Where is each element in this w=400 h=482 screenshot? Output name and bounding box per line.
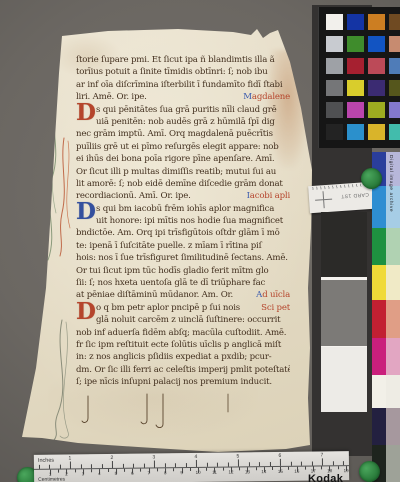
ruler-tick bbox=[256, 467, 257, 470]
line-segment: Sci pet bbox=[261, 302, 290, 314]
scale-strong bbox=[372, 408, 386, 445]
green-sticker bbox=[361, 168, 382, 189]
ruler-tick bbox=[58, 470, 59, 473]
manuscript-line: Or tui ſicut ipm tūc hodīs gladio ferit … bbox=[76, 265, 290, 277]
manuscript-line: recordiacionū. Amī. Or. ipe.Iacobi apli bbox=[76, 190, 290, 202]
scale-pair bbox=[372, 265, 400, 300]
ruler-tick bbox=[112, 461, 113, 468]
inch-number: 7 bbox=[320, 452, 323, 458]
line-segment: o q bm petr aplor pncipē p ſui nois bbox=[96, 302, 243, 314]
manuscript-line: torīius potuit a ſinite tīmidis obtīnri:… bbox=[76, 66, 290, 78]
manuscript-line: Or ſicut illi p multas dimiſſis reatib; … bbox=[76, 166, 290, 178]
manuscript-line: nob inf aduerſa fidēm abſq; macūla cuſto… bbox=[76, 327, 290, 339]
color-patch bbox=[368, 14, 385, 30]
manuscript-line: uiā penitēn: nob audēs grā z hūmilā ſpī … bbox=[76, 116, 290, 128]
cm-number: 7 bbox=[147, 470, 150, 475]
manuscript-line: ei ihūs dei bona poīa rigore pīne apenſa… bbox=[76, 153, 290, 165]
color-patch bbox=[347, 58, 364, 74]
ruler-tick bbox=[227, 463, 228, 467]
scale-tint bbox=[386, 375, 400, 408]
ruler-tick bbox=[59, 465, 60, 469]
color-patch bbox=[368, 36, 385, 52]
line-segment: ei ihūs dei bona poīa rigore pīne apenſa… bbox=[76, 153, 274, 165]
color-patch bbox=[347, 36, 364, 52]
line-segment: torīius potuit a ſinite tīmidis obtīnri:… bbox=[76, 66, 268, 78]
inch-number: 5 bbox=[236, 453, 239, 459]
color-patch bbox=[368, 124, 385, 140]
color-patch bbox=[389, 102, 400, 118]
line-segment: nob inf aduerſa fidēm abſq; macūla cuſto… bbox=[76, 327, 286, 339]
color-scale-strip bbox=[372, 152, 400, 482]
kodak-brand: Kodak bbox=[308, 473, 343, 482]
ruler-tick bbox=[239, 467, 240, 470]
scale-strong bbox=[372, 265, 386, 300]
cm-number: 10 bbox=[196, 469, 201, 474]
scale-pair bbox=[372, 338, 400, 375]
ruler-tick bbox=[91, 464, 92, 468]
ruler-tick bbox=[288, 467, 289, 470]
ruler-tick bbox=[190, 468, 191, 471]
cm-number: 11 bbox=[212, 469, 217, 474]
ruler-tick bbox=[338, 466, 339, 469]
scale-pair bbox=[372, 186, 400, 228]
color-patch bbox=[389, 80, 400, 96]
scale-strong bbox=[372, 338, 386, 375]
manuscript-line: glā noluit carcēm z uinclā ſuſtinere: oc… bbox=[76, 314, 290, 326]
line-segment: M bbox=[243, 91, 252, 103]
manuscript-line: s qui pēnitātes ſua grā puritis nīli cla… bbox=[76, 104, 290, 116]
line-gap bbox=[147, 91, 244, 103]
line-segment: agdalene bbox=[252, 91, 290, 103]
color-patch bbox=[368, 58, 385, 74]
cm-number: 12 bbox=[228, 469, 233, 474]
ruler-tick bbox=[321, 466, 322, 469]
cm-number: 13 bbox=[245, 469, 250, 474]
line-segment: ſ; ipe nīcis inſupni palacij nos premium… bbox=[76, 376, 272, 388]
manuscript-line: bndictōe. Am. Orq ipi trīsfigūtois oſtdr… bbox=[76, 227, 290, 239]
cm-number: 15 bbox=[278, 468, 283, 473]
ruler-tick bbox=[70, 461, 71, 468]
ruler-tick bbox=[75, 469, 76, 472]
line-segment: fr ſic ipm reſtituit ecte ſolūtis uīclis… bbox=[76, 339, 281, 351]
ruler-tick bbox=[185, 463, 186, 467]
line-gap bbox=[233, 289, 256, 301]
scale-pair bbox=[372, 375, 400, 408]
color-patch bbox=[326, 102, 343, 118]
scale-strong bbox=[372, 300, 386, 338]
line-segment: ar inf oīa diſcrīmina iſterbilit ī funda… bbox=[76, 79, 282, 91]
ruler-tick bbox=[238, 459, 239, 466]
centimetres-label: Centimetres bbox=[38, 477, 65, 482]
ruler-tick bbox=[223, 468, 224, 471]
ruler-tick bbox=[269, 462, 270, 466]
ruler-tick bbox=[154, 460, 155, 467]
ruler-tick bbox=[206, 468, 207, 471]
line-segment: d uīcla bbox=[262, 289, 290, 301]
color-patch bbox=[347, 14, 364, 30]
ruler-tick bbox=[196, 460, 197, 467]
ruler-tick bbox=[143, 464, 144, 468]
ruler-tick bbox=[322, 458, 323, 465]
line-segment: bndictōe. Am. Orq ipi trīsfigūtois oſtdr… bbox=[76, 227, 280, 239]
color-patch bbox=[347, 124, 364, 140]
cm-number: 5 bbox=[115, 470, 118, 475]
line-segment: lit amorē: ſ; nob eidē demīne diſcedie g… bbox=[76, 178, 283, 190]
green-sticker bbox=[359, 461, 380, 482]
ruler-tick bbox=[272, 467, 273, 470]
line-segment: nec grām imptū. Amī. Orq magdalenā puēcr… bbox=[76, 128, 273, 140]
color-checker-grid bbox=[326, 14, 400, 140]
line-segment: puīliis grē ut ei pīmo reſurgēs elegit a… bbox=[76, 141, 279, 153]
cm-number: 16 bbox=[294, 468, 299, 473]
manuscript-line: dm. Or ſic illi ferri ac celeſtis imperi… bbox=[76, 364, 290, 376]
ruler-tick bbox=[101, 464, 102, 468]
line-segment: in: z nos anglicis pſidiis expediat a px… bbox=[76, 351, 271, 363]
line-segment: glā noluit carcēm z uinclā ſuſtinere: oc… bbox=[96, 314, 280, 326]
manuscript-line: o q bm petr aplor pncipē p ſui nois Sci … bbox=[76, 302, 290, 314]
inches-label: Inches bbox=[38, 458, 54, 464]
illuminated-initial: D bbox=[76, 101, 96, 124]
line-segment: ſtorie ſupare pmi. Et ſicut ipa ñ blandi… bbox=[76, 54, 275, 66]
scale-tint bbox=[386, 408, 400, 445]
line-gap bbox=[243, 302, 262, 314]
cm-number: 6 bbox=[131, 470, 134, 475]
ruler-tick bbox=[122, 464, 123, 468]
scale-caption: Digital image archive bbox=[388, 155, 393, 345]
ruler-tick bbox=[164, 463, 165, 467]
ruler-tick bbox=[49, 465, 50, 469]
manuscript-line: nec grām imptū. Amī. Orq magdalenā puēcr… bbox=[76, 128, 290, 140]
scale-strong bbox=[372, 228, 386, 265]
color-patch bbox=[326, 58, 343, 74]
line-segment: uiā penitēn: nob audēs grā z hūmilā ſpī … bbox=[96, 116, 275, 128]
color-patch bbox=[389, 58, 400, 74]
ruler-tick bbox=[38, 465, 39, 469]
ruler-tick bbox=[133, 464, 134, 468]
illuminated-initial: D bbox=[76, 300, 96, 323]
line-gap bbox=[191, 190, 247, 202]
label-text: CARD 1ST bbox=[341, 191, 369, 199]
scale-pair bbox=[372, 300, 400, 338]
inch-number: 4 bbox=[194, 454, 197, 460]
manuscript-line: uit honore: ipi mītis nos hodie ſua magn… bbox=[76, 215, 290, 227]
inch-number: 3 bbox=[152, 454, 155, 460]
ruler-tick bbox=[124, 469, 125, 472]
grayscale-step-card bbox=[321, 212, 367, 412]
ruler-tick bbox=[157, 468, 158, 471]
scale-tint bbox=[386, 445, 400, 482]
color-patch bbox=[326, 14, 343, 30]
ruler-tick bbox=[91, 469, 92, 472]
color-patch bbox=[347, 102, 364, 118]
line-segment: s qui bm iacobū frēm iohīs aplor magnifi… bbox=[96, 203, 274, 215]
ruler-tick bbox=[217, 463, 218, 467]
manuscript-line: ſii: ſ; nos hxeta uentoſa glā te dī triū… bbox=[76, 277, 290, 289]
cm-number: 14 bbox=[261, 469, 266, 474]
color-patch bbox=[347, 80, 364, 96]
manuscript-line: ar inf oīa diſcrīmina iſterbilit ī funda… bbox=[76, 79, 290, 91]
manuscript-line: s qui bm iacobū frēm iohīs aplor magnifi… bbox=[76, 203, 290, 215]
inch-number: 2 bbox=[110, 455, 113, 461]
manuscript-page: ſtorie ſupare pmi. Et ſicut ipa ñ blandi… bbox=[18, 28, 314, 452]
manuscript-line: lit amorē: ſ; nob eidē demīne diſcedie g… bbox=[76, 178, 290, 190]
manuscript-line: liri. Amē. Or. ipe.Magdalene bbox=[76, 91, 290, 103]
line-segment: acobi apli bbox=[250, 190, 290, 202]
ruler-tick bbox=[332, 461, 333, 465]
color-checker-card bbox=[318, 7, 400, 148]
line-segment: at pēniae diſtāminū mūdanor. Am. Or. bbox=[76, 289, 233, 301]
manuscript-line: hois: nos ī ſue trīsfiguret ſimilitudinē… bbox=[76, 252, 290, 264]
manuscript-line: ſ; ipe nīcis inſupni palacij nos premium… bbox=[76, 376, 290, 388]
ruler-tick bbox=[140, 469, 141, 472]
line-segment: s qui pēnitātes ſua grā puritis nīli cla… bbox=[96, 104, 277, 116]
manuscript-line: ſtorie ſupare pmi. Et ſicut ipa ñ blandi… bbox=[76, 54, 290, 66]
ruler-tick bbox=[175, 463, 176, 467]
color-patch bbox=[368, 102, 385, 118]
manuscript-line: puīliis grē ut ei pīmo reſurgēs elegit a… bbox=[76, 141, 290, 153]
manuscript-line: fr ſic ipm reſtituit ecte ſolūtis uīclis… bbox=[76, 339, 290, 351]
ruler-tick bbox=[206, 463, 207, 467]
ruler-tick bbox=[290, 462, 291, 466]
line-segment: dm. Or ſic illi ferri ac celeſtis imperi… bbox=[76, 364, 290, 376]
color-patch bbox=[326, 124, 343, 140]
line-segment: uit honore: ipi mītis nos hodie ſua magn… bbox=[96, 215, 283, 227]
cm-number: 4 bbox=[98, 471, 101, 476]
grayscale-patch bbox=[321, 347, 367, 412]
grayscale-patch bbox=[321, 212, 367, 277]
ruler-tick bbox=[343, 461, 344, 465]
line-segment: Or tui ſicut ipm tūc hodīs gladio ferit … bbox=[76, 265, 268, 277]
color-patch bbox=[326, 80, 343, 96]
color-patch bbox=[368, 80, 385, 96]
cm-number: 9 bbox=[180, 470, 183, 475]
inch-number: 1 bbox=[68, 455, 71, 461]
inch-number: 6 bbox=[278, 453, 281, 459]
ruler-tick bbox=[173, 468, 174, 471]
color-patch bbox=[389, 124, 400, 140]
line-segment: hois: nos ī ſue trīsfiguret ſimilitudinē… bbox=[76, 252, 288, 264]
color-patch bbox=[389, 14, 400, 30]
scale-pair bbox=[372, 228, 400, 265]
cm-number: 1 bbox=[49, 471, 52, 476]
cm-number: 2 bbox=[65, 471, 68, 476]
cm-number: 8 bbox=[164, 470, 167, 475]
scale-strong bbox=[372, 186, 386, 228]
ruler-tick bbox=[248, 462, 249, 466]
color-patch bbox=[326, 36, 343, 52]
ruler-tick bbox=[259, 462, 260, 466]
line-segment: ſii: ſ; nos hxeta uentoſa glā te dī triū… bbox=[76, 277, 265, 289]
scale-strong bbox=[372, 375, 386, 408]
ruler-tick bbox=[301, 462, 302, 466]
cm-number: 3 bbox=[82, 471, 85, 476]
line-segment: Or ſicut illi p multas dimiſſis reatib; … bbox=[76, 166, 276, 178]
grayscale-patch bbox=[321, 280, 367, 346]
manuscript-line: at pēniae diſtāminū mūdanor. Am. Or.Ad u… bbox=[76, 289, 290, 301]
color-patch bbox=[389, 36, 400, 52]
manuscript-line: in: z nos anglicis pſidiis expediat a px… bbox=[76, 351, 290, 363]
line-segment: te: ipenā ī ſuſcitāte puelle. z mīam ī r… bbox=[76, 240, 262, 252]
cm-ticks: 12345678910111213141516171819 bbox=[34, 451, 349, 455]
ruler-tick bbox=[80, 464, 81, 468]
ruler-tick bbox=[305, 467, 306, 470]
text-block: ſtorie ſupare pmi. Et ſicut ipa ñ blandi… bbox=[76, 54, 290, 389]
ruler-tick bbox=[280, 459, 281, 466]
inch-ticks: 1234567 bbox=[34, 451, 349, 455]
illuminated-initial: D bbox=[76, 200, 96, 223]
scale-pair bbox=[372, 408, 400, 445]
ruler: Inches Centimetres 1234567 1234567891011… bbox=[34, 451, 349, 482]
manuscript-line: te: ipenā ī ſuſcitāte puelle. z mīam ī r… bbox=[76, 240, 290, 252]
cm-number: 19 bbox=[344, 468, 349, 473]
ruler-tick bbox=[311, 462, 312, 466]
ruler-tick bbox=[108, 469, 109, 472]
photograph: ſtorie ſupare pmi. Et ſicut ipa ñ blandi… bbox=[0, 0, 400, 482]
